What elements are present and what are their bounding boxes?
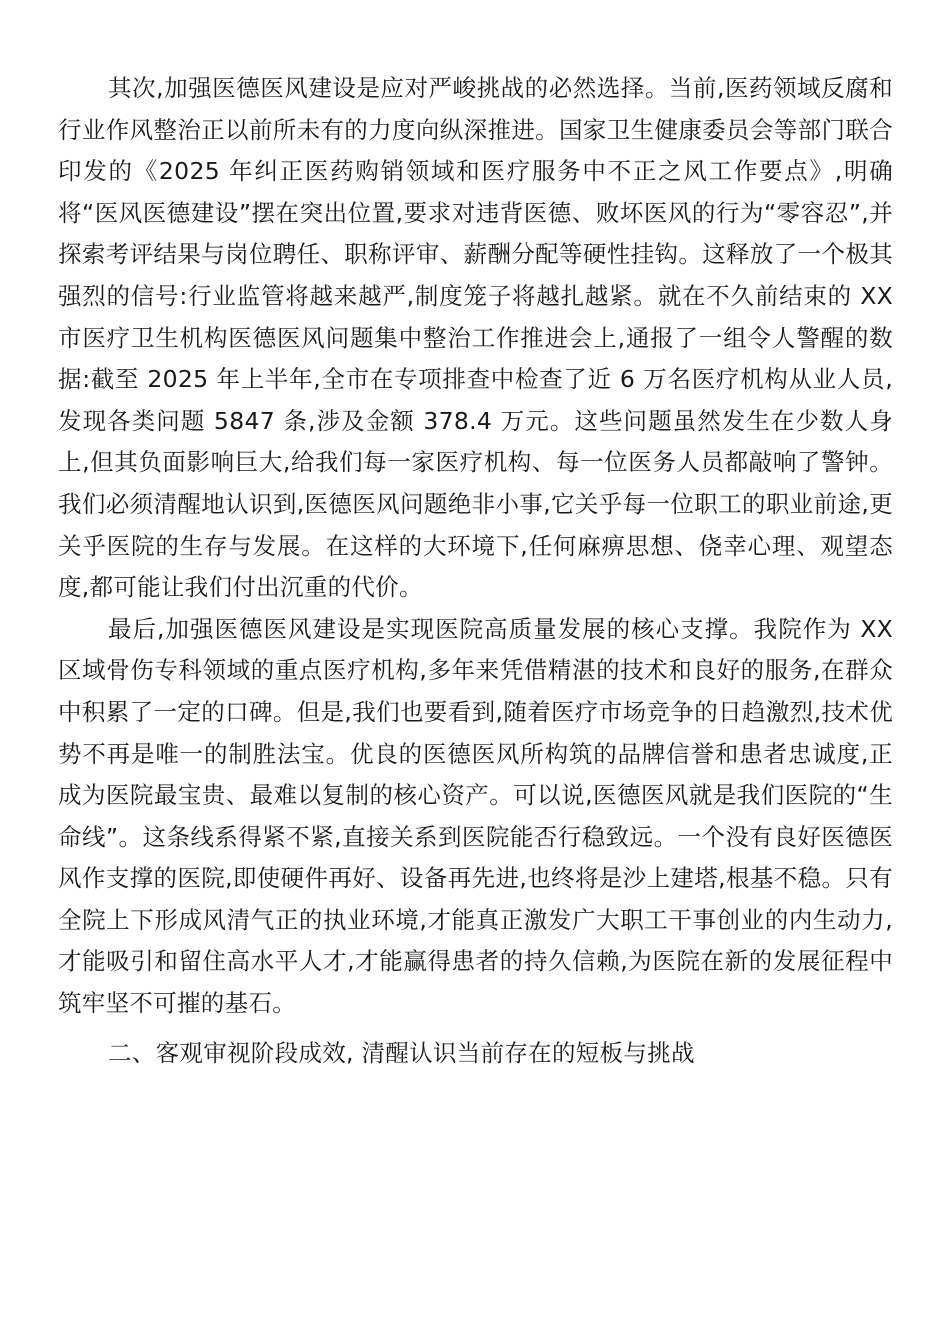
paragraph-challenges: 其次,加强医德医风建设是应对严峻挑战的必然选择。当前,医药领域反腐和行业作风整治… (58, 68, 893, 609)
section-heading: 二、客观审视阶段成效, 清醒认识当前存在的短板与挑战 (58, 1033, 893, 1075)
paragraph-core-support: 最后,加强医德医风建设是实现医院高质量发展的核心支撑。我院作为 XX 区域骨伤专… (58, 609, 893, 1025)
document-page: 其次,加强医德医风建设是应对严峻挑战的必然选择。当前,医药领域反腐和行业作风整治… (58, 68, 893, 1074)
